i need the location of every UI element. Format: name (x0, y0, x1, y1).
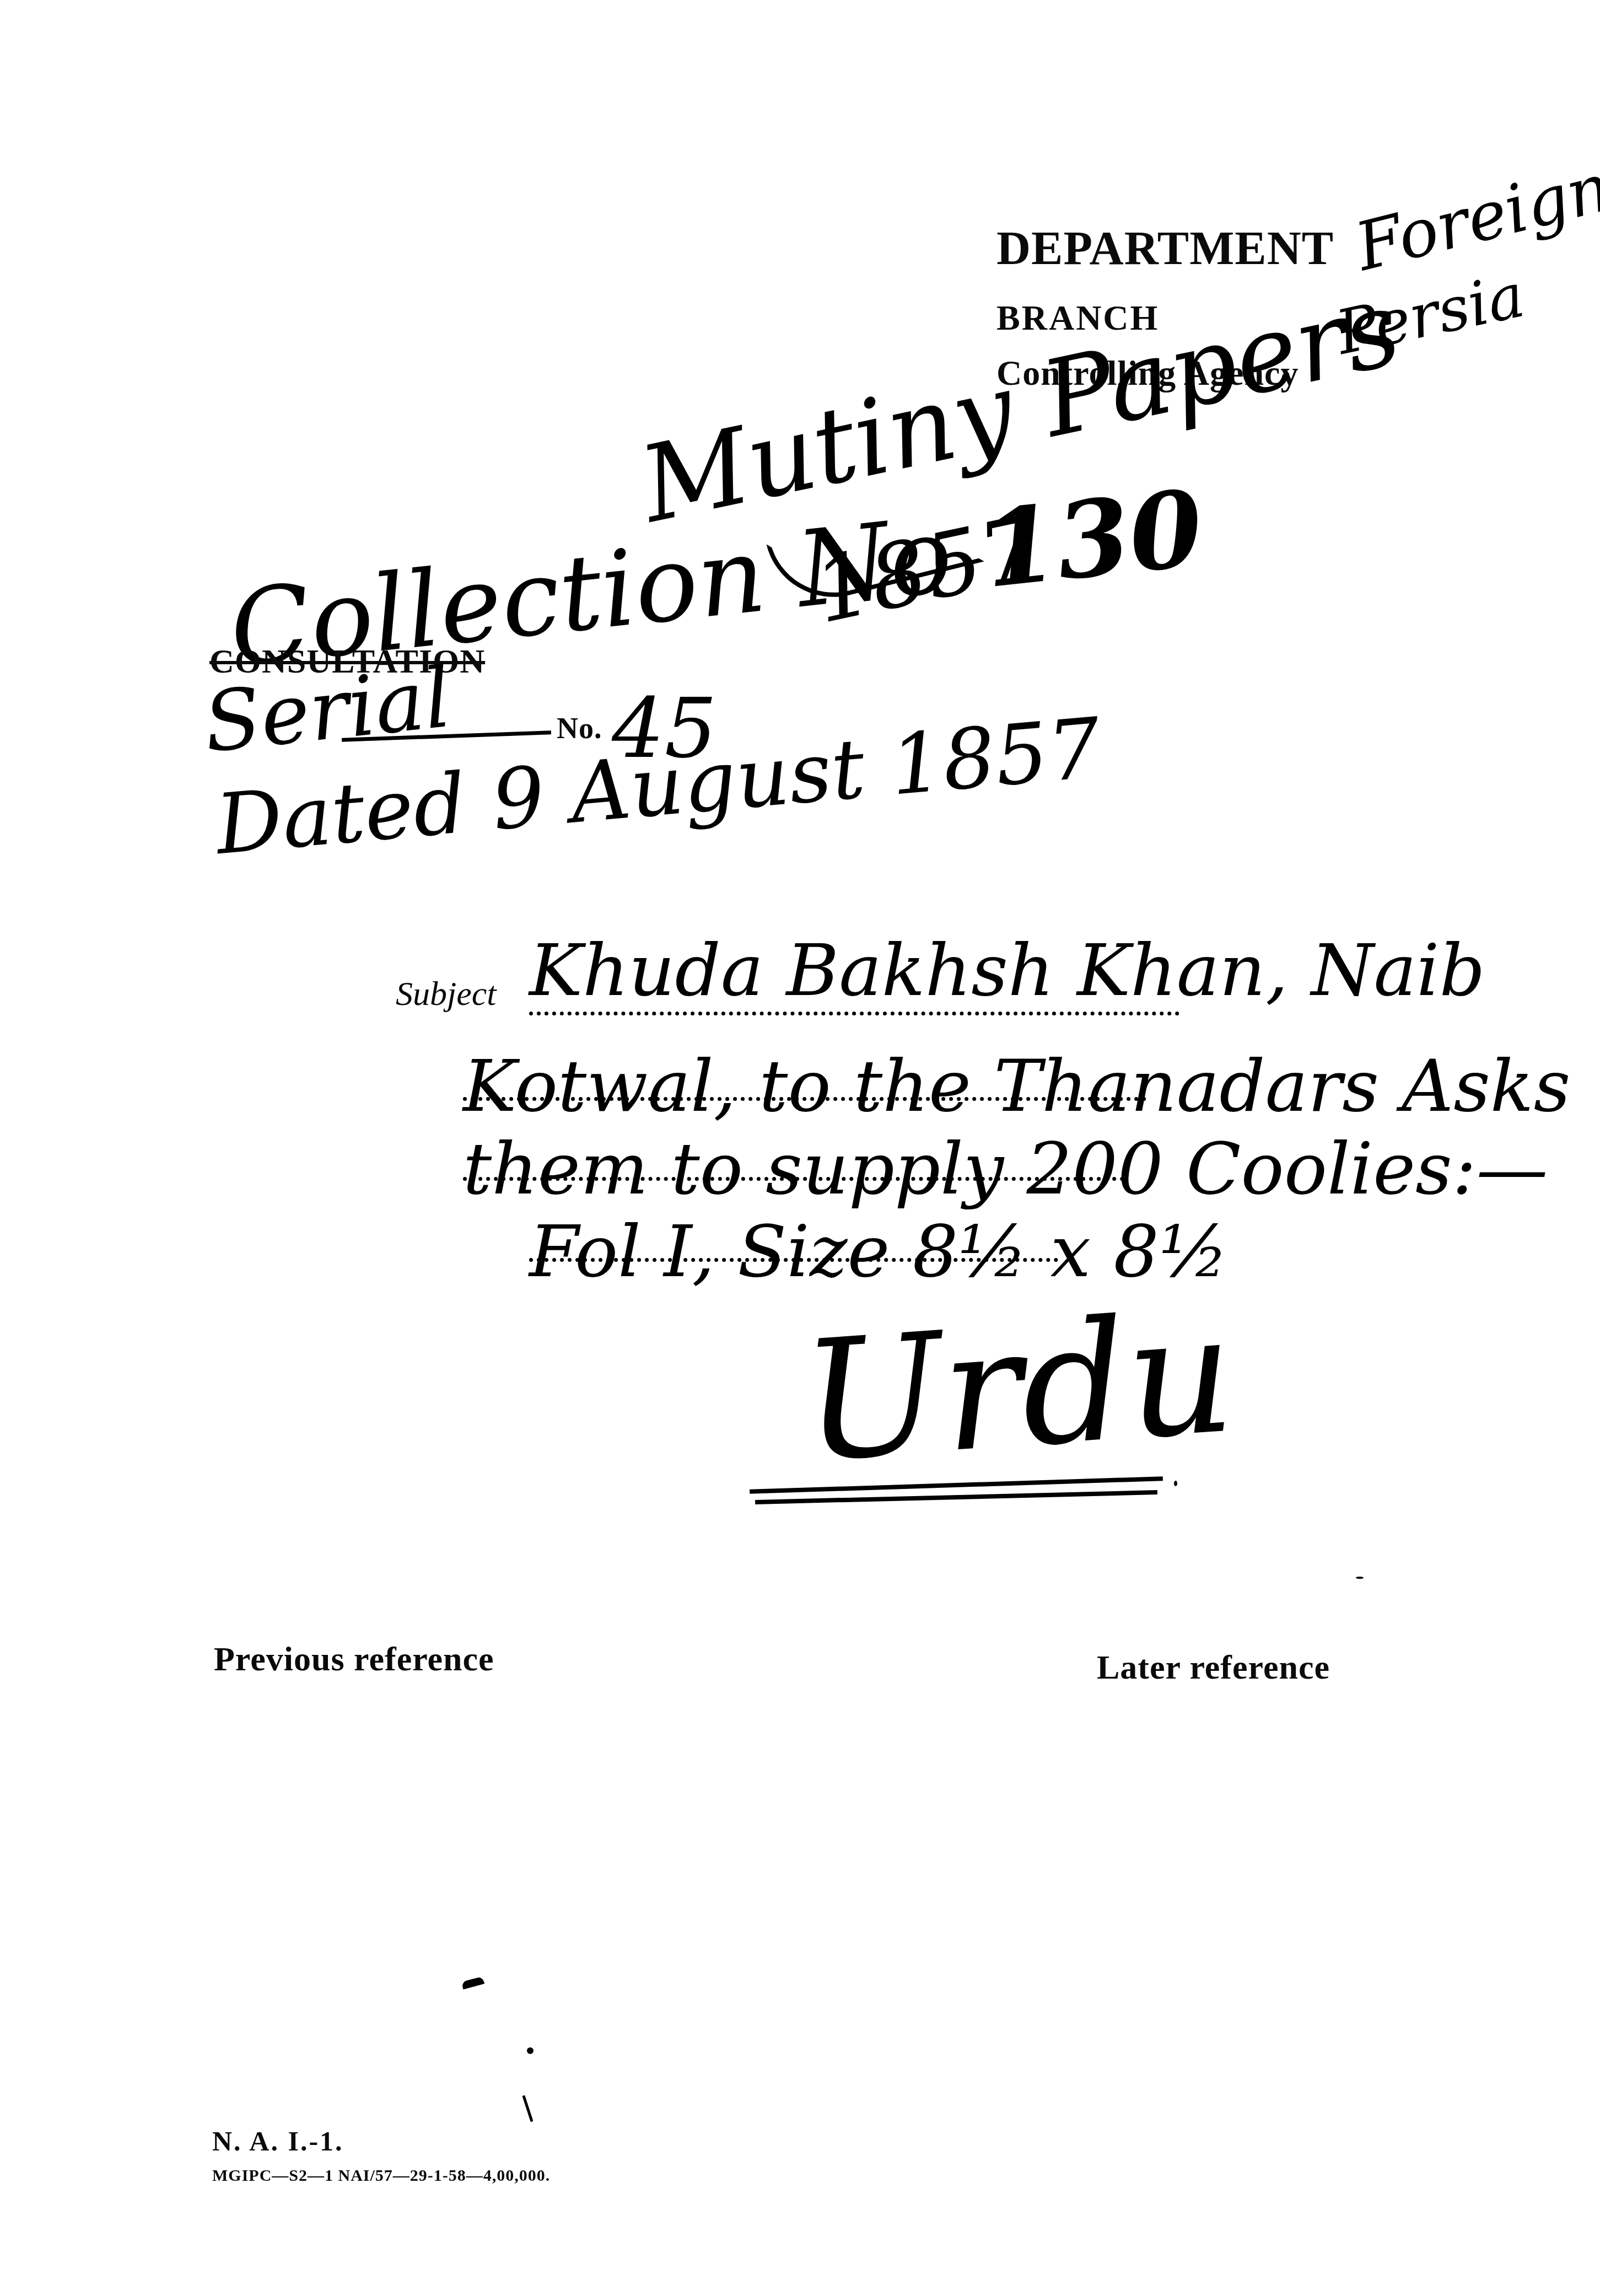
language-note: Urdu (797, 1277, 1240, 1499)
printer-imprint: MGIPC—S2—1 NAI/57—29-1-58—4,00,000. (212, 2166, 550, 2185)
dotted-rule (529, 1012, 1179, 1015)
previous-reference-label: Previous reference (214, 1640, 494, 1679)
form-code: N. A. I.-1. (212, 2125, 344, 2157)
subject-label: Subject (396, 975, 497, 1014)
subject-line-folio-size: Fol I, Size 8½ x 8½ (529, 1216, 1229, 1287)
scan-speck (1174, 1481, 1177, 1486)
subject-line: them to supply 200 Coolies:— (463, 1133, 1548, 1205)
scan-speck (522, 2095, 533, 2122)
scan-speck (527, 2047, 534, 2054)
subject-line: Khuda Bakhsh Khan, Naib (529, 934, 1485, 1006)
later-reference-label: Later reference (1097, 1648, 1330, 1687)
scan-speck (461, 1976, 484, 1989)
department-value: Foreign (1348, 149, 1600, 286)
scan-speck (1356, 1577, 1364, 1579)
scan-speck (1031, 513, 1034, 516)
department-label: DEPARTMENT (996, 221, 1334, 276)
subject-line: Kotwal, to the Thanadars Asks (463, 1050, 1570, 1122)
number-label: No. (557, 711, 602, 745)
collection-value: 130 (978, 466, 1209, 611)
